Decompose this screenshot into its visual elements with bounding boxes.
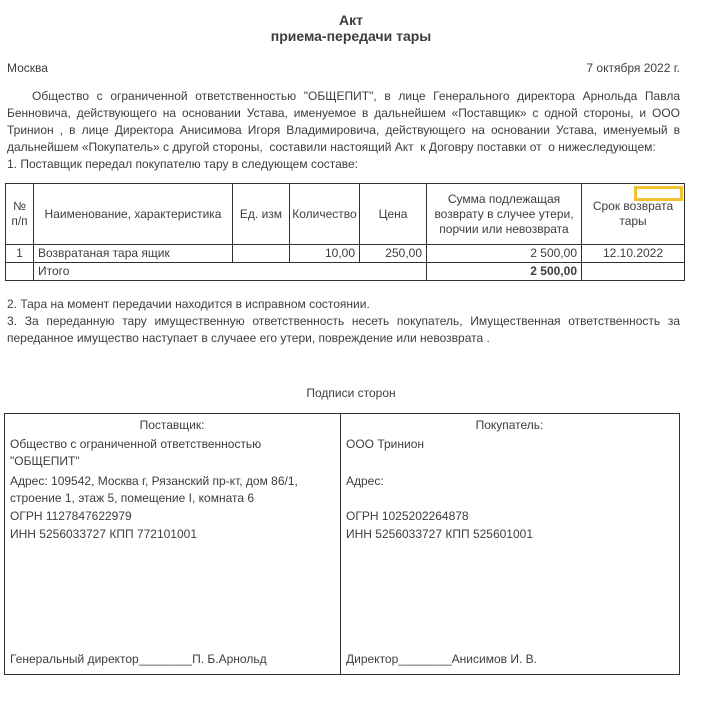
cell-name: Возвратаная тара ящик [34, 245, 233, 263]
supplier-signature-line: Генеральный директор________П. Б.Арнольд [10, 651, 334, 671]
preamble-paragraph: Общество с ограниченной ответственностью… [7, 88, 680, 156]
header-name: Наименование, характеристика [34, 184, 233, 245]
header-num: № п/п [6, 184, 34, 245]
supplier-ogrn: ОГРН 1127847622979 [10, 508, 334, 526]
document-date: 7 октября 2022 г. [586, 61, 680, 76]
total-sum-cell: 2 500,00 [427, 263, 582, 281]
clause-3: 3. За переданную тару имущественную отве… [7, 313, 680, 347]
cell-return-date: 12.10.2022 [582, 245, 685, 263]
buyer-spacer [346, 544, 673, 651]
signatures-section-title: Подписи сторон [0, 385, 702, 402]
document-page: Акт приема-передачи тары Москва 7 октябр… [0, 0, 702, 718]
header-qty: Количество [290, 184, 360, 245]
buyer-role-title: Покупатель: [346, 417, 673, 436]
supplier-inn-kpp: ИНН 5256033727 КПП 772101001 [10, 526, 334, 544]
signatures-box: Поставщик: Общество с ограниченной ответ… [4, 413, 680, 675]
cell-unit [233, 245, 290, 263]
supplier-column: Поставщик: Общество с ограниченной ответ… [5, 414, 341, 674]
buyer-column: Покупатель: ООО Тринион Адрес: ОГРН 1025… [341, 414, 679, 674]
document-city: Москва [7, 61, 48, 76]
total-label-cell: Итого [34, 263, 427, 281]
supplier-company: Общество с ограниченной ответственностью… [10, 436, 310, 473]
buyer-ogrn: ОГРН 1025202264878 [346, 508, 673, 526]
header-sum: Сумма подлежащая возврату в случее утери… [427, 184, 582, 245]
total-num-cell [6, 263, 34, 281]
table-row: 1 Возвратаная тара ящик 10,00 250,00 2 5… [6, 245, 685, 263]
buyer-signature-line: Директор________Анисимов И. В. [346, 651, 673, 671]
document-title: Акт приема-передачи тары [0, 0, 702, 44]
supplier-role-title: Поставщик: [10, 417, 334, 436]
city-date-row: Москва 7 октября 2022 г. [7, 61, 680, 76]
supplier-address: Адрес: 109542, Москва г, Рязанский пр-кт… [10, 473, 334, 508]
cell-num: 1 [6, 245, 34, 263]
buyer-inn-kpp: ИНН 5256033727 КПП 525601001 [346, 526, 673, 544]
title-line-1: Акт [0, 12, 702, 28]
clause-2: 2. Тара на момент передачии находится в … [7, 296, 680, 313]
buyer-address: Адрес: [346, 473, 673, 508]
cell-qty: 10,00 [290, 245, 360, 263]
table-total-row: Итого 2 500,00 [6, 263, 685, 281]
title-line-2: приема-передачи тары [0, 28, 702, 44]
items-table: № п/п Наименование, характеристика Ед. и… [5, 183, 685, 281]
total-return-date-cell [582, 263, 685, 281]
cell-price: 250,00 [360, 245, 427, 263]
buyer-company: ООО Тринион [346, 436, 673, 473]
header-price: Цена [360, 184, 427, 245]
table-header-row: № п/п Наименование, характеристика Ед. и… [6, 184, 685, 245]
cell-sum: 2 500,00 [427, 245, 582, 263]
highlight-annotation [634, 186, 683, 201]
clause-1: 1. Поставщик передал покупателю тару в с… [7, 156, 680, 173]
supplier-spacer [10, 544, 334, 651]
header-unit: Ед. изм [233, 184, 290, 245]
